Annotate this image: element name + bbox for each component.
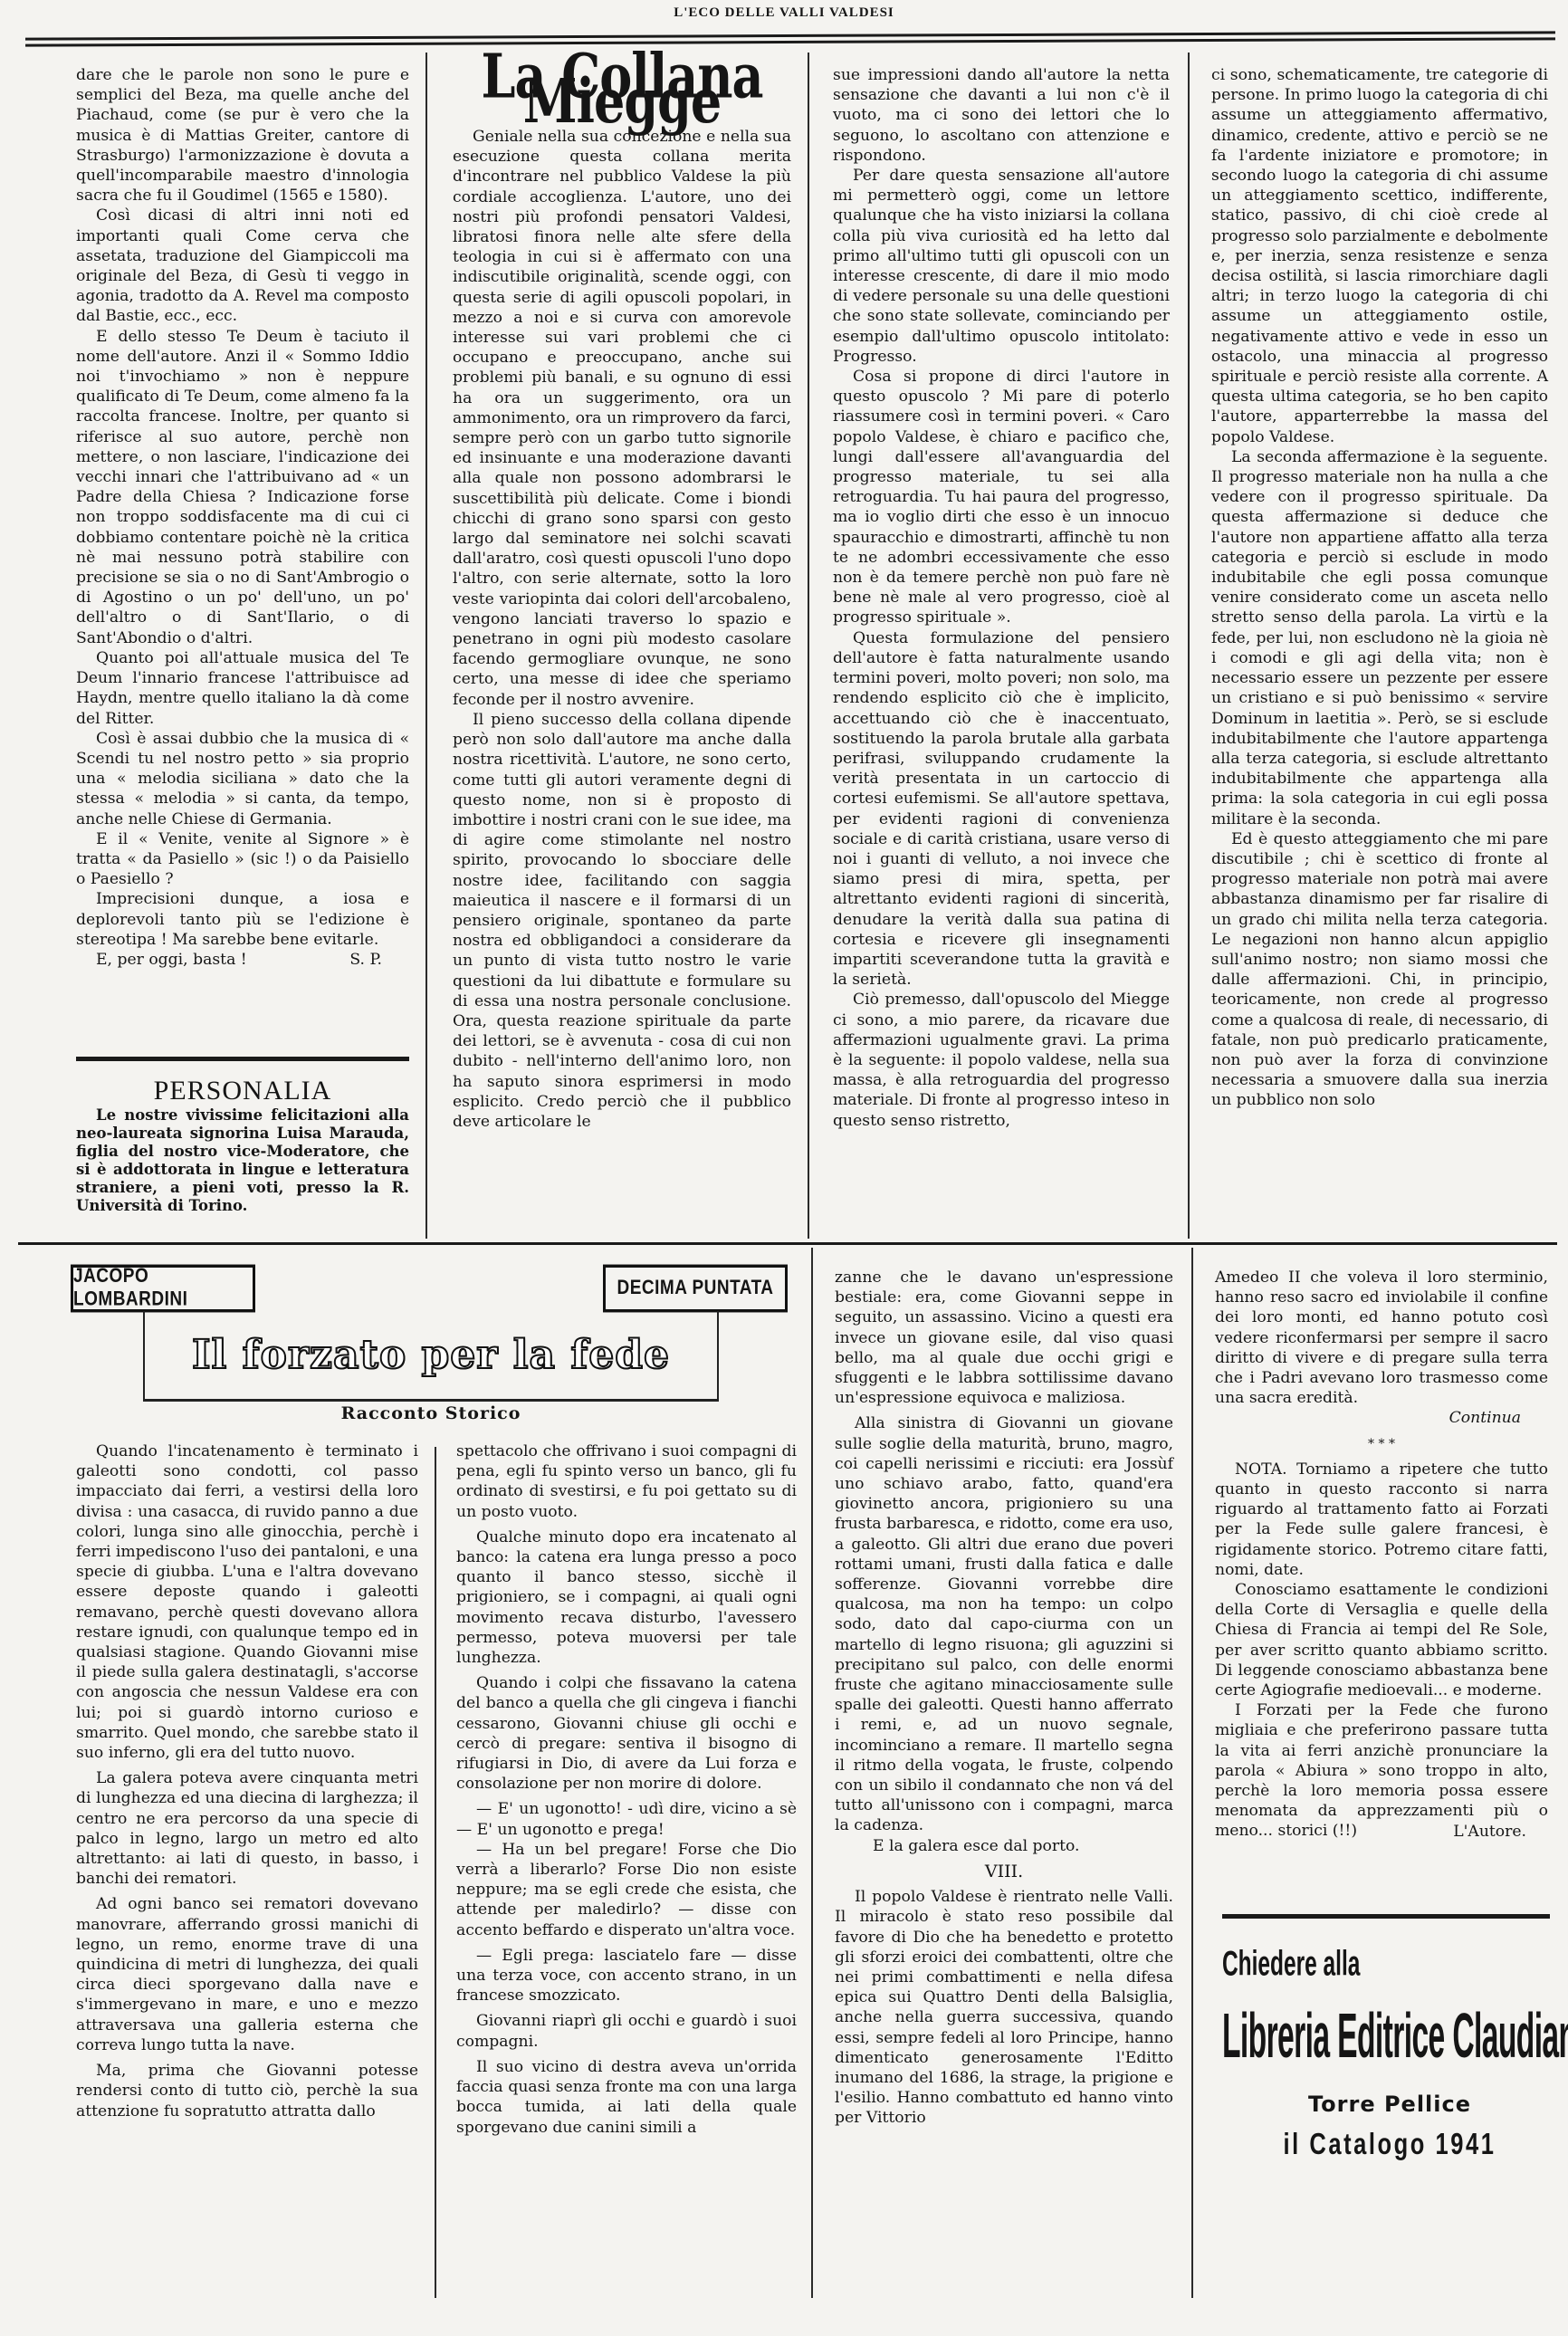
paragraph: Quanto poi all'attuale musica del Te Deu…: [76, 648, 409, 729]
paragraph: Qualche minuto dopo era incatenato al ba…: [456, 1527, 797, 1668]
section-stars: * * *: [1215, 1434, 1548, 1454]
continua-note: Continua: [1215, 1408, 1548, 1428]
note-paragraph: NOTA. Torniamo a ripetere che tutto quan…: [1215, 1460, 1548, 1580]
paragraph: La seconda affermazione è la seguente. I…: [1211, 447, 1548, 829]
column-divider: [808, 53, 809, 1239]
paragraph: Ed è questo atteggiamento che mi pare di…: [1211, 829, 1548, 1111]
paragraph: Il suo vicino di destra aveva un'orrida …: [456, 2057, 797, 2138]
section-divider-rule: [18, 1242, 1557, 1245]
paragraph: sue impressioni dando all'autore la nett…: [833, 65, 1170, 166]
paragraph: Amedeo II che voleva il loro sterminio, …: [1215, 1268, 1548, 1408]
advert-line-ask: Chiedere alla: [1222, 1944, 1463, 1985]
serial-subtitle: Racconto Storico: [143, 1403, 719, 1423]
advert-publisher-name: Libreria Editrice Claudiana: [1222, 1998, 1423, 2072]
serial-text-col4: Amedeo II che voleva il loro sterminio, …: [1215, 1268, 1548, 1842]
serial-text-col1: Quando l'incatenamento è terminato i gal…: [76, 1441, 418, 2121]
serial-episode-label: DECIMA PUNTATA: [603, 1265, 788, 1313]
paragraph: La galera poteva avere cinquanta metri d…: [76, 1768, 418, 1889]
article-divider-rule: [76, 1057, 409, 1061]
continua-label: Continua: [1449, 1409, 1521, 1427]
paragraph: dare che le parole non sono le pure e se…: [76, 65, 409, 206]
paragraph: Così dicasi di altri inni noti ed import…: [76, 206, 409, 326]
paragraph: Giovanni riaprì gli occhi e guardò i suo…: [456, 2011, 797, 2051]
paragraph: Ad ogni banco sei rematori dovevano mano…: [76, 1894, 418, 2055]
masthead-double-rule: [25, 31, 1555, 46]
paragraph: — E' un ugonotto! - udì dire, vicino a s…: [456, 1799, 797, 1839]
paragraph: Ma, prima che Giovanni potesse rendersi …: [76, 2061, 418, 2121]
chapter-number: VIII.: [835, 1862, 1173, 1881]
paragraph: Questa formulazione del pensiero dell'au…: [833, 628, 1170, 991]
closing-line: E, per oggi, basta !: [96, 950, 247, 970]
paragraph: E dello stesso Te Deum è taciuto il nome…: [76, 327, 409, 648]
article-signoff: E, per oggi, basta ! S. P.: [76, 950, 409, 970]
paragraph: — Egli prega: lasciatelo fare — disse un…: [456, 1946, 797, 2006]
column-divider: [1191, 1248, 1193, 2298]
note-paragraph: I Forzati per la Fede che furono migliai…: [1215, 1700, 1548, 1841]
claudiana-advert: Chiedere alla Libreria Editrice Claudian…: [1222, 1947, 1557, 2160]
paragraph: Geniale nella sua concezione e nella sua…: [453, 127, 791, 710]
note-paragraph: Conosciamo esattamente le condizioni del…: [1215, 1580, 1548, 1700]
newspaper-masthead: L'ECO DELLE VALLI VALDESI: [0, 0, 1568, 27]
column-divider: [425, 53, 427, 1239]
column-divider: [435, 1447, 436, 2298]
article-title: La Collana Miegge: [453, 63, 791, 122]
paragraph: spettacolo che offrivano i suoi compagni…: [456, 1441, 797, 1522]
personalia-heading: PERSONALIA: [76, 1081, 409, 1101]
column-divider: [1188, 53, 1190, 1239]
paragraph: Il pieno successo della collana dipende …: [453, 710, 791, 1132]
article-collana-miegge-part2: sue impressioni dando all'autore la nett…: [833, 65, 1170, 1131]
paragraph: Quando i colpi che fissavano la catena d…: [456, 1673, 797, 1794]
serial-text-col2: spettacolo che offrivano i suoi compagni…: [456, 1441, 797, 2138]
article-collana-miegge-part3: ci sono, schematicamente, tre categorie …: [1211, 65, 1548, 1111]
personalia-section: PERSONALIA Le nostre vivissime felicitaz…: [76, 1068, 409, 1215]
article-collana-miegge-part1: La Collana Miegge Geniale nella sua conc…: [453, 63, 791, 1132]
serial-title: Il forzato per la fede: [192, 1332, 670, 1378]
paragraph: E il « Venite, venite al Signore » è tra…: [76, 829, 409, 890]
paragraph: Alla sinistra di Giovanni un giovane sul…: [835, 1413, 1173, 1835]
advert-divider-rule: [1222, 1914, 1550, 1919]
paragraph: Quando l'incatenamento è terminato i gal…: [76, 1441, 418, 1763]
paragraph: Ciò premesso, dall'opuscolo del Miegge c…: [833, 990, 1170, 1130]
serial-author-label: JACOPO LOMBARDINI: [71, 1265, 255, 1313]
paragraph: Imprecisioni dunque, a iosa e deplorevol…: [76, 889, 409, 950]
paragraph: ci sono, schematicamente, tre categorie …: [1211, 65, 1548, 447]
paragraph: E la galera esce dal porto.: [835, 1836, 1173, 1856]
paragraph: Il popolo Valdese è rientrato nelle Vall…: [835, 1887, 1173, 2128]
paragraph: — Ha un bel pregare! Forse che Dio verrà…: [456, 1840, 797, 1940]
advert-catalogue: il Catalogo 1941: [1248, 2128, 1533, 2161]
advert-location: Torre Pellice: [1222, 2092, 1557, 2117]
author-signature: S. P.: [349, 950, 409, 970]
paragraph: Cosa si propone di dirci l'autore in que…: [833, 367, 1170, 628]
serial-title-box: Il forzato per la fede: [143, 1311, 719, 1402]
column-divider: [811, 1248, 813, 2298]
article-hymnal-review: dare che le parole non sono le pure e se…: [76, 65, 409, 970]
paragraph: zanne che le davano un'espressione besti…: [835, 1268, 1173, 1408]
paragraph: Per dare questa sensazione all'autore mi…: [833, 166, 1170, 367]
paragraph: Così è assai dubbio che la musica di « S…: [76, 729, 409, 829]
serial-text-col3: zanne che le davano un'espressione besti…: [835, 1268, 1173, 2129]
personalia-text: Le nostre vivissime felicitazioni alla n…: [76, 1106, 409, 1215]
